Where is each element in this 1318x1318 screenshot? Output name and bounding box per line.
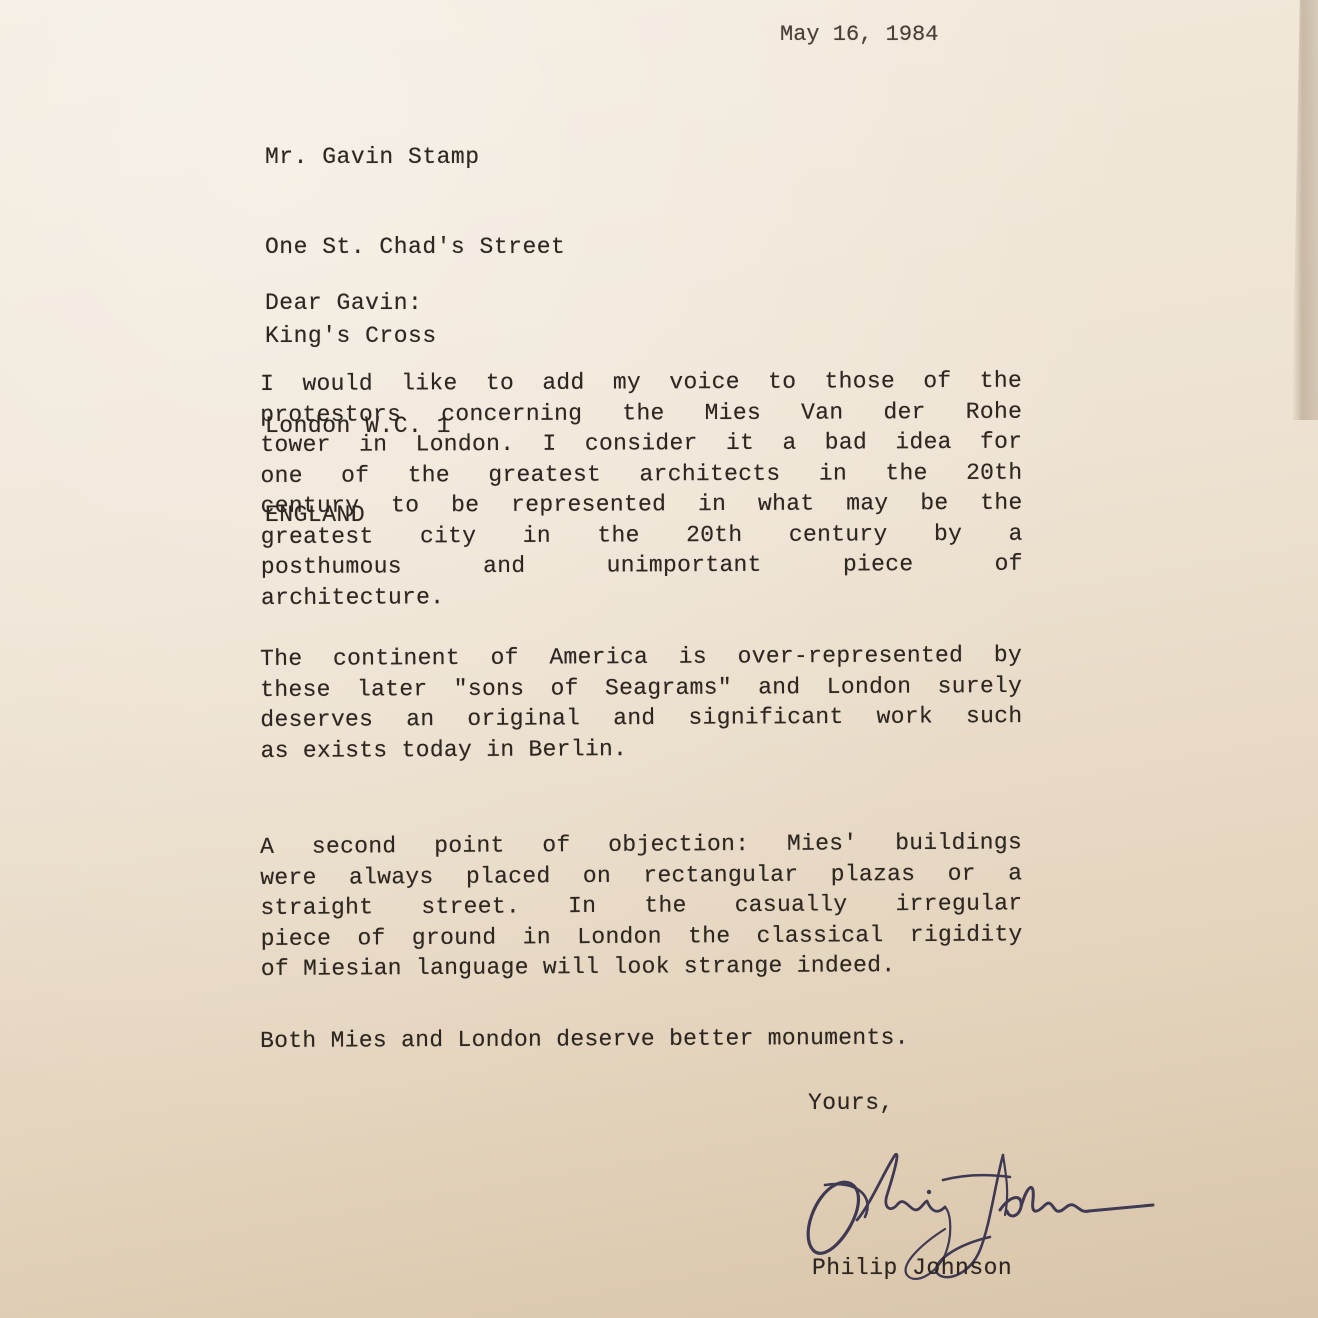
paragraph-line: Both Mies and London deserve better monu… [260, 1022, 1022, 1056]
paragraph-line: The continent of America is over-represe… [260, 640, 1022, 674]
signer-name: Philip Johnson [812, 1253, 1012, 1283]
letter-date: May 16, 1984 [780, 20, 938, 50]
paragraph-3: A second point of objection: Mies' build… [260, 827, 1023, 984]
paragraph-line: deserves an original and significant wor… [260, 701, 1022, 735]
address-line: One St. Chad's Street [265, 232, 565, 262]
paragraph-line: these later "sons of Seagrams" and Londo… [260, 671, 1022, 705]
paragraph-1: I would like to add my voice to those of… [260, 366, 1023, 613]
paragraph-line: posthumous and unimportant piece of [261, 549, 1023, 583]
paragraph-line: greatest city in the 20th century by a [261, 518, 1023, 552]
paragraph-line: as exists today in Berlin. [260, 732, 1022, 766]
paragraph-line: century to be represented in what may be… [261, 488, 1023, 522]
paragraph-line: piece of ground in London the classical … [261, 919, 1023, 954]
address-line: Mr. Gavin Stamp [265, 142, 565, 172]
address-line: King's Cross [265, 321, 565, 351]
paragraph-line: one of the greatest architects in the 20… [260, 457, 1022, 491]
letter-page: May 16, 1984 Mr. Gavin Stamp One St. Cha… [0, 0, 1318, 1318]
paragraph-line: architecture. [261, 579, 1023, 613]
paragraph-line: tower in London. I consider it a bad ide… [260, 427, 1022, 461]
paragraph-4: Both Mies and London deserve better monu… [260, 1022, 1022, 1056]
paragraph-2: The continent of America is over-represe… [260, 640, 1023, 766]
paragraph-line: A second point of objection: Mies' build… [260, 827, 1022, 862]
paragraph-line: I would like to add my voice to those of… [260, 366, 1022, 400]
salutation: Dear Gavin: [265, 288, 422, 318]
closing: Yours, [808, 1088, 894, 1118]
paragraph-line: of Miesian language will look strange in… [261, 949, 1023, 984]
paragraph-line: protestors concerning the Mies Van der R… [260, 396, 1022, 430]
page-edge-shadow [1292, 0, 1318, 420]
paragraph-line: straight street. In the casually irregul… [260, 888, 1022, 923]
paragraph-line: were always placed on rectangular plazas… [260, 858, 1022, 893]
